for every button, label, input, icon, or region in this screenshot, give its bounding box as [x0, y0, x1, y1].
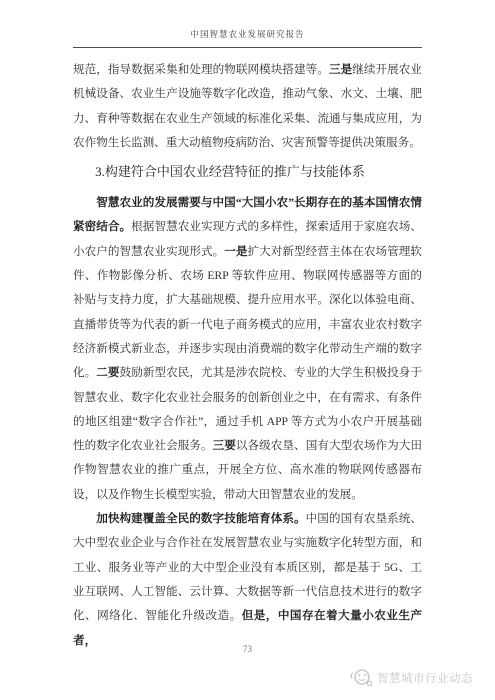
bold-text-run: 加快构建覆盖全民的数字技能培育体系。: [96, 512, 305, 525]
bold-text-run: 三是: [329, 63, 352, 76]
smart-city-logo-icon: [349, 668, 373, 687]
text-run: 规范，指导数据采集和处理的物联网模块搭建等。: [73, 63, 329, 76]
running-header-title: 中国智慧农业发展研究报告: [73, 28, 422, 40]
page-number: 73: [0, 644, 495, 654]
report-page: 中国智慧农业发展研究报告 规范，指导数据采集和处理的物联网模块搭建等。三是继续开…: [0, 0, 495, 700]
paragraph-continuation: 规范，指导数据采集和处理的物联网模块搭建等。三是继续开展农业机械设备、农业生产设…: [73, 58, 422, 155]
bold-text-run: 三要: [213, 439, 236, 452]
text-run: 扩大对新型经营主体在农场管理软件、作物影像分析、农场 ERP 等软件应用、物联网…: [73, 245, 422, 379]
text-run: 中国的国有农垦系统、大中型农业企业与合作社在发展智慧农业与实施数字化转型方面，和…: [73, 512, 422, 622]
bold-text-run: 二要: [96, 366, 119, 379]
watermark: 智慧城市行业动态: [349, 668, 473, 687]
bold-text-run: 一是: [224, 245, 247, 258]
paragraph-body: 智慧农业的发展需要与中国“大国小农”长期存在的基本国情农情紧密结合。根据智慧农业…: [73, 191, 422, 507]
document-body: 规范，指导数据采集和处理的物联网模块搭建等。三是继续开展农业机械设备、农业生产设…: [73, 58, 422, 653]
page-header: 中国智慧农业发展研究报告: [73, 28, 422, 48]
watermark-text: 智慧城市行业动态: [377, 670, 473, 686]
section-heading: 3.构建符合中国农业经营特征的推广与技能体系: [73, 160, 422, 184]
paragraph-body: 加快构建覆盖全民的数字技能培育体系。中国的国有农垦系统、大中型农业企业与合作社在…: [73, 507, 422, 653]
